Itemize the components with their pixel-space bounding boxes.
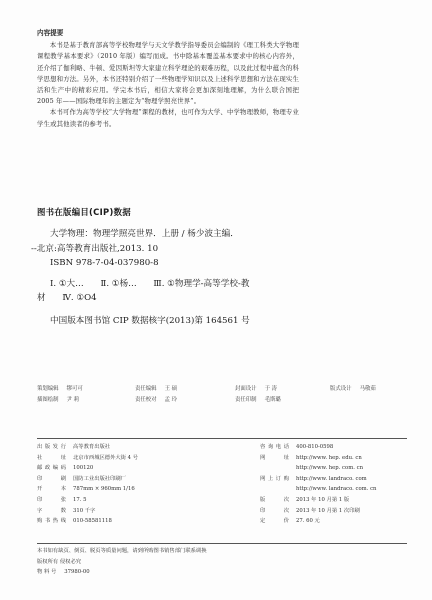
cip-class-1: Ⅰ. ①大… bbox=[50, 279, 84, 289]
staff-credits: 策划编辑缪可可 责任编辑王 硕 封面设计于 涛 版式设计马敬茹 插图绘制尹 莉 … bbox=[37, 384, 417, 406]
publication-info-left: 出版发行高等教育出版社 社址北京市西城区德外大街 4 号 邮政编码100120 … bbox=[37, 442, 217, 527]
credit-printing-supervisor: 责任印制毛斯璐 bbox=[235, 395, 281, 406]
pub-row-word-count: 字数310 千字 bbox=[37, 506, 217, 517]
credits-row-2: 插图绘制尹 莉 责任校对孟 玲 责任印制毛斯璐 bbox=[37, 395, 417, 406]
publication-info-right: 咨询电话400-810-0598 网址http://www. hep. edu.… bbox=[260, 442, 420, 527]
cip-data-block: 图书在版编目(CIP)数据 大学物理：物理学照亮世界．上册 / 杨少波主编． -… bbox=[37, 206, 417, 326]
copyright-page: 内容提要 本书是基于教育部高等学校物理学与天文学教学指导委员会编制的《理工科类大… bbox=[0, 0, 432, 600]
cip-class-2: Ⅱ. ①杨… bbox=[100, 279, 136, 289]
cip-title: 图书在版编目(CIP)数据 bbox=[37, 206, 417, 218]
pub-row-consult-phone: 咨询电话400-810-0598 bbox=[260, 442, 420, 453]
cip-class-cont-1: 材 bbox=[37, 293, 46, 303]
cip-publisher-line: --北京:高等教育出版社,2013. 10 bbox=[31, 242, 417, 257]
order-link-1: http://www. landraco. com bbox=[296, 474, 367, 485]
cip-class-cont-2: Ⅳ. ①O4 bbox=[62, 293, 96, 303]
pub-row-website-1: 网址http://www. hep. edu. cn bbox=[260, 453, 420, 464]
pub-row-edition: 版次2013 年 10 月第 1 版 bbox=[260, 495, 420, 506]
pub-row-website-2: http://www. hep. com. cn bbox=[260, 463, 420, 474]
pub-row-address: 社址北京市西城区德外大街 4 号 bbox=[37, 453, 217, 464]
material-number: 物 料 号37980-00 bbox=[37, 567, 207, 578]
summary-paragraph-1: 本书是基于教育部高等学校物理学与天文学教学指导委员会编制的《理工科类大学物理课程… bbox=[37, 40, 299, 107]
quality-notice: 本书如有缺页、倒页、脱页等质量问题，请到所购图书销售部门联系调换 bbox=[37, 546, 207, 557]
cip-classification-cont: 材 Ⅳ. ①O4 bbox=[37, 291, 417, 306]
summary-paragraph-2: 本书可作为高等学校“大学物理”课程的教材，也可作为大学、中学物理教师，物理专业学… bbox=[37, 107, 299, 129]
cip-class-3: Ⅲ. ①物理学-高等学校-教 bbox=[153, 279, 249, 289]
pub-row-price: 定价27. 60 元 bbox=[260, 516, 420, 527]
order-link-2: http://www. landraco. com. cn bbox=[296, 484, 376, 495]
pub-row-printer: 印刷国防工业出版社印刷厂 bbox=[37, 474, 217, 485]
website-link-1: http://www. hep. edu. cn bbox=[296, 453, 362, 464]
pub-row-online-order-1: 网上订购http://www. landraco. com bbox=[260, 474, 420, 485]
cip-isbn: ISBN 978-7-04-037980-8 bbox=[37, 256, 417, 271]
divider-bottom bbox=[37, 543, 407, 544]
cip-book-line: 大学物理：物理学照亮世界．上册 / 杨少波主编． bbox=[37, 227, 417, 242]
pub-row-sheets: 印张17. 5 bbox=[37, 495, 217, 506]
pub-row-postcode: 邮政编码100120 bbox=[37, 463, 217, 474]
website-link-2: http://www. hep. com. cn bbox=[296, 463, 363, 474]
credit-planning-editor: 策划编辑缪可可 bbox=[37, 384, 83, 395]
pub-row-publisher: 出版发行高等教育出版社 bbox=[37, 442, 217, 453]
pub-row-format: 开本787mm × 960mm 1/16 bbox=[37, 484, 217, 495]
credit-proofreader: 责任校对孟 玲 bbox=[135, 395, 177, 406]
summary-heading: 内容提要 bbox=[37, 28, 299, 39]
copyright-footer: 本书如有缺页、倒页、脱页等质量问题，请到所购图书销售部门联系调换 版权所有 侵权… bbox=[37, 546, 207, 578]
pub-row-hotline: 购书热线010-58581118 bbox=[37, 516, 217, 527]
content-summary: 内容提要 本书是基于教育部高等学校物理学与天文学教学指导委员会编制的《理工科类大… bbox=[37, 28, 299, 130]
pub-row-online-order-2: http://www. landraco. com. cn bbox=[260, 484, 420, 495]
divider-top bbox=[37, 438, 407, 439]
pub-row-printing: 印次2013 年 10 月第 1 次印刷 bbox=[260, 506, 420, 517]
copyright-notice: 版权所有 侵权必究 bbox=[37, 557, 207, 568]
credit-layout-design: 版式设计马敬茹 bbox=[330, 384, 376, 395]
credit-cover-design: 封面设计于 涛 bbox=[235, 384, 277, 395]
credit-illustration: 插图绘制尹 莉 bbox=[37, 395, 79, 406]
credits-row-1: 策划编辑缪可可 责任编辑王 硕 封面设计于 涛 版式设计马敬茹 bbox=[37, 384, 417, 395]
credit-responsible-editor: 责任编辑王 硕 bbox=[135, 384, 177, 395]
cip-number: 中国版本图书馆 CIP 数据核字(2013)第 164561 号 bbox=[37, 314, 417, 326]
cip-classification: Ⅰ. ①大… Ⅱ. ①杨… Ⅲ. ①物理学-高等学校-教 bbox=[37, 277, 417, 292]
